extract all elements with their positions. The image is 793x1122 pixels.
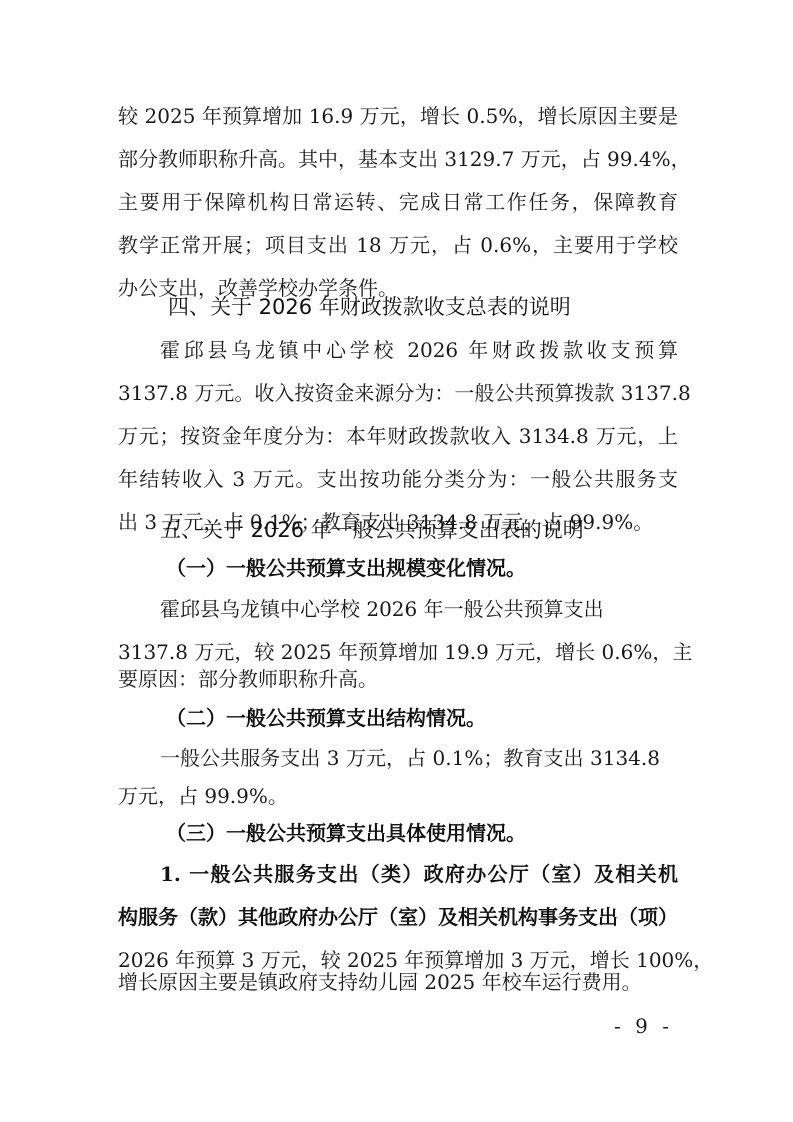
section-heading-5: 五、关于 2026 年一般公共预算支出表的说明 <box>160 512 584 548</box>
paragraph-line: 主要用于保障机构日常运转、完成日常工作任务，保障教育 <box>118 184 678 220</box>
paragraph-line: 较 2025 年预算增加 16.9 万元，增长 0.5%，增长原因主要是 <box>118 98 678 134</box>
paragraph-line: 3137.8 万元。收入按资金来源分为：一般公共预算拨款 3137.8 <box>118 375 678 411</box>
paragraph-line: 部分教师职称升高。其中，基本支出 3129.7 万元，占 99.4%， <box>118 141 678 177</box>
document-page: 较 2025 年预算增加 16.9 万元，增长 0.5%，增长原因主要是 部分教… <box>0 0 793 1122</box>
paragraph-line: 增长原因主要是镇政府支持幼儿园 2025 年校车运行费用。 <box>118 964 678 1000</box>
subsection-heading-3: （三）一般公共预算支出具体使用情况。 <box>166 815 526 851</box>
paragraph-line: 一般公共服务支出 3 万元，占 0.1%；教育支出 3134.8 <box>160 740 660 776</box>
paragraph-line: 年结转收入 3 万元。支出按功能分类分为：一般公共服务支 <box>118 461 678 497</box>
paragraph-line: 万元，占 99.9%。 <box>118 778 678 814</box>
paragraph-line: 霍邱县乌龙镇中心学校 2026 年一般公共预算支出 <box>160 591 678 627</box>
subsection-heading-2: （二）一般公共预算支出结构情况。 <box>166 700 486 736</box>
subsection-heading-1: （一）一般公共预算支出规模变化情况。 <box>166 550 526 586</box>
item-heading-line: 1. 一般公共服务支出（类）政府办公厅（室）及相关机 <box>160 856 678 892</box>
paragraph-line: 教学正常开展；项目支出 18 万元，占 0.6%，主要用于学校 <box>118 227 678 263</box>
page-number: - 9 - <box>614 1014 673 1038</box>
item-heading-line: 构服务（款）其他政府办公厅（室）及相关机构事务支出（项） <box>118 899 678 935</box>
paragraph-line: 霍邱县乌龙镇中心学校 2026 年财政拨款收支预算 <box>160 332 678 368</box>
paragraph-line: 要原因：部分教师职称升高。 <box>118 661 678 697</box>
section-heading-4: 四、关于 2026 年财政拨款收支总表的说明 <box>168 289 571 325</box>
paragraph-line: 万元；按资金年度分为：本年财政拨款收入 3134.8 万元，上 <box>118 418 678 454</box>
